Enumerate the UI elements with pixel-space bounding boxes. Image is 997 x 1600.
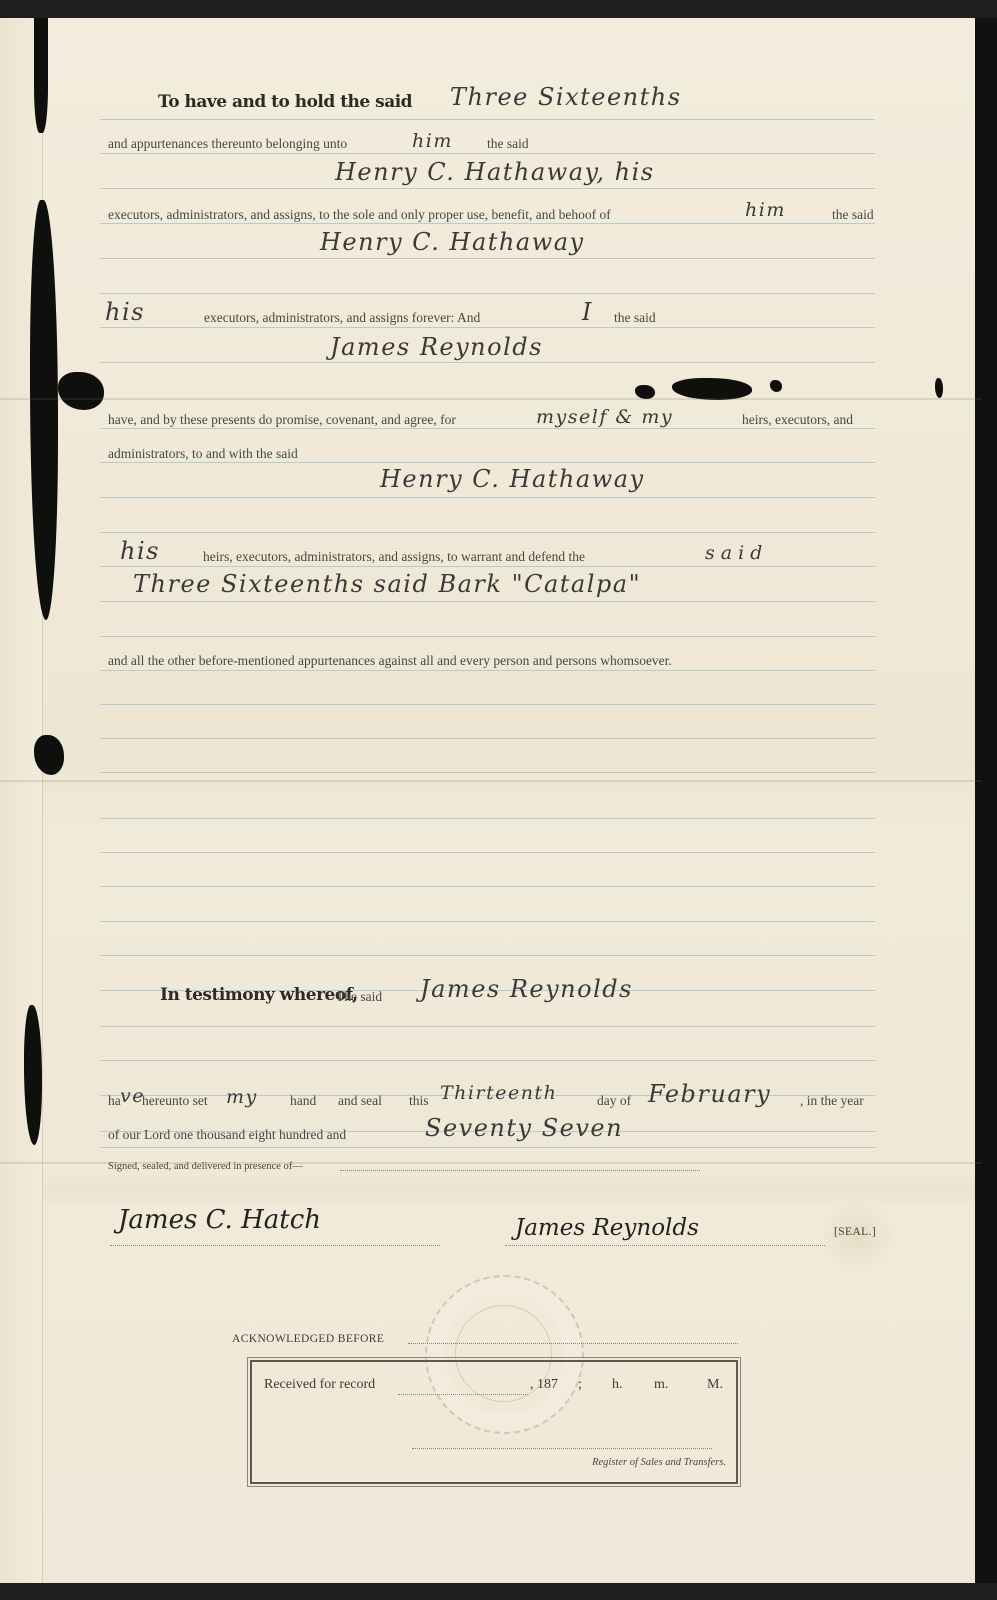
seal-label: [SEAL.] [834, 1226, 876, 1238]
grantor-line [505, 1245, 825, 1246]
register-signature-line [412, 1448, 712, 1449]
testimony-and-seal: and seal [338, 1093, 382, 1109]
p2-line6-text: and all the other before-mentioned appur… [108, 653, 672, 669]
hw-day: Thirteenth [440, 1082, 557, 1104]
hw-property: Three Sixteenths said Bark "Catalpa" [133, 570, 641, 598]
hw-grantee-name-1: Henry C. Hathaway, his [335, 158, 655, 186]
ruled-line [100, 886, 875, 887]
testimony-the-said: The said [336, 989, 382, 1005]
p1-line2-prefix: and appurtenances thereunto belonging un… [108, 136, 347, 152]
habendum-heading: To have and to hold the said [158, 92, 412, 112]
ruled-line [100, 327, 875, 328]
hw-him-2: him [745, 199, 786, 221]
ruled-line [100, 601, 875, 602]
ruled-line [100, 293, 875, 294]
ruled-line [100, 738, 875, 739]
tear-fold-1 [635, 385, 655, 399]
hw-grantor-name: James Reynolds [330, 333, 543, 361]
p1-line4-suffix: the said [832, 207, 874, 223]
received-for-record-label: Received for record [264, 1377, 375, 1393]
ruled-line [100, 119, 875, 120]
ruled-line [100, 636, 875, 637]
p1-line2-suffix: the said [487, 136, 529, 152]
register-label: Register of Sales and Transfers. [592, 1457, 726, 1468]
tear-left-lower [24, 1005, 42, 1145]
p1-line4-text: executors, administrators, and assigns, … [108, 207, 611, 223]
ruled-line [100, 153, 875, 154]
acknowledged-before-label: ACKNOWLEDGED BEFORE [232, 1333, 384, 1345]
ruled-line [100, 955, 875, 956]
ruled-line [100, 362, 875, 363]
received-year: , 187 [530, 1377, 558, 1393]
tear-top-left [34, 18, 48, 133]
acknowledged-line [408, 1343, 738, 1344]
signed-sealed-label: Signed, sealed, and delivered in presenc… [108, 1161, 303, 1172]
p2-line4-text: heirs, executors, administrators, and as… [203, 549, 585, 565]
ruled-line [100, 1060, 875, 1061]
right-edge [975, 18, 997, 1583]
hw-year: Seventy Seven [425, 1114, 623, 1142]
received-hour: h. [612, 1377, 623, 1393]
ruled-line [100, 772, 875, 773]
p1-line6-text: executors, administrators, and assigns f… [204, 310, 480, 326]
ruled-line [100, 497, 875, 498]
hw-month: February [648, 1080, 771, 1108]
hw-him: him [412, 130, 453, 152]
ruled-line [100, 566, 875, 567]
testimony-year-prefix: of our Lord one thousand eight hundred a… [108, 1127, 346, 1143]
hw-his-1: his [105, 298, 145, 326]
fold-line-1 [0, 398, 982, 400]
testimony-heading: In testimony whereof, [160, 985, 358, 1005]
testimony-in-the-year: , in the year [800, 1093, 864, 1109]
ruled-line [100, 704, 875, 705]
ruled-line [100, 1147, 875, 1148]
grantor-signature: James Reynolds [515, 1215, 699, 1241]
hw-grantee-name-3: Henry C. Hathaway [380, 465, 645, 493]
ruled-line [100, 818, 875, 819]
ruled-line [100, 223, 875, 224]
testimony-hand: hand [290, 1093, 316, 1109]
ruled-line [100, 188, 875, 189]
hw-i: I [582, 298, 593, 326]
ruled-line [100, 852, 875, 853]
ruled-line [100, 258, 875, 259]
ruled-line [100, 921, 875, 922]
testimony-this: this [409, 1093, 429, 1109]
fold-line-2 [0, 780, 982, 782]
ruled-line [100, 462, 875, 463]
hw-myself: myself & my [536, 406, 673, 428]
hw-said: said [705, 542, 768, 564]
ruled-line [100, 1026, 875, 1027]
p2-line1-prefix: have, and by these presents do promise, … [108, 412, 456, 428]
received-minute: m. [654, 1377, 668, 1393]
witness-signature: James C. Hatch [118, 1205, 321, 1235]
hw-my: my [226, 1086, 258, 1108]
testimony-day-of: day of [597, 1093, 631, 1109]
record-box: Received for record , 187 ; h. m. M. Reg… [250, 1360, 738, 1484]
ruled-line [100, 670, 875, 671]
witness-line [110, 1245, 440, 1246]
hw-his-2: his [120, 537, 160, 565]
p1-line6-suffix: the said [614, 310, 656, 326]
received-date-line [398, 1394, 528, 1395]
tear-fold-4 [935, 378, 943, 398]
hw-grantee-name-2: Henry C. Hathaway [320, 228, 585, 256]
ruled-line [100, 532, 875, 533]
hw-subject: Three Sixteenths [450, 83, 682, 111]
hw-testator-name: James Reynolds [420, 975, 633, 1003]
testimony-ha: ha [108, 1093, 121, 1109]
signed-line [340, 1170, 700, 1171]
received-semicolon: ; [578, 1377, 582, 1393]
testimony-hereunto: hereunto set [142, 1093, 208, 1109]
received-meridiem: M. [707, 1377, 723, 1393]
tear-fold-3 [770, 380, 782, 392]
p2-line2-text: administrators, to and with the said [108, 446, 298, 462]
ruled-line [100, 428, 875, 429]
p2-line1-suffix: heirs, executors, and [742, 412, 853, 428]
